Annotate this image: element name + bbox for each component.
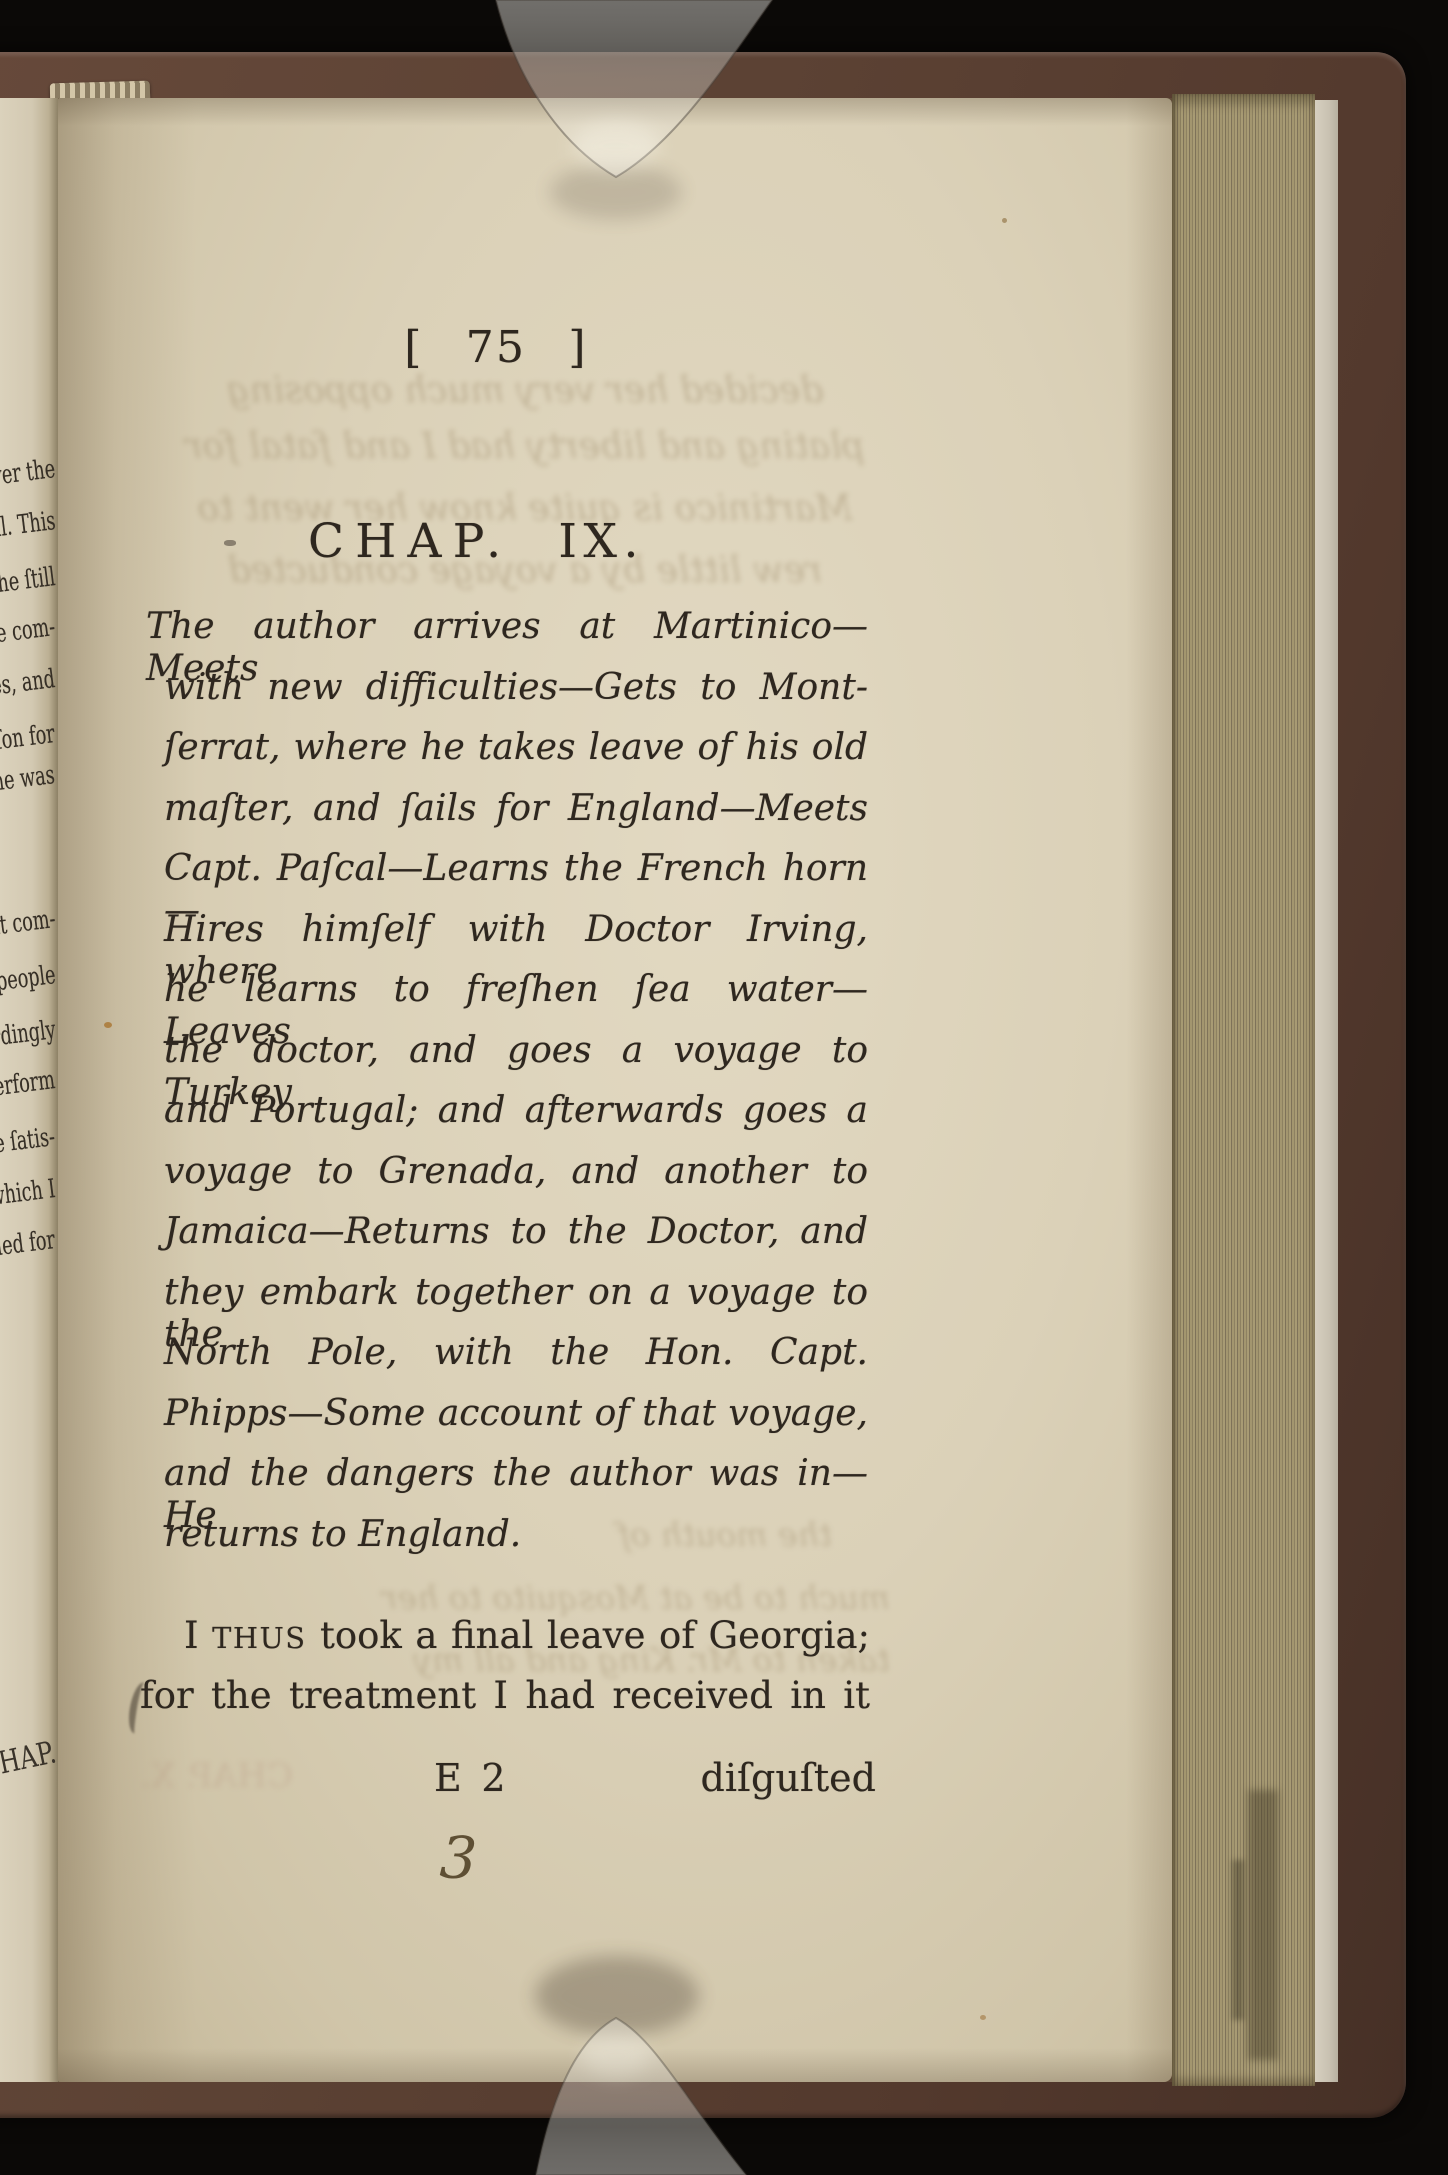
paper-fleck [104, 1022, 112, 1028]
chapter-heading-number: IX. [558, 514, 645, 569]
facing-page-fragment: d perform [0, 1065, 57, 1106]
catchword: diſguſted [701, 1756, 877, 1801]
signature-mark: E 2 [434, 1756, 509, 1801]
show-through-line: plating and liberty had I and fatal for [160, 426, 890, 467]
show-through-chap: CHAP. X. [140, 1756, 293, 1796]
facing-page-fragment: great com- [0, 904, 57, 946]
paper-fleck [980, 2015, 986, 2020]
argument-line-14: Phipps—Some account of that voyage, [164, 1393, 868, 1435]
page-shading [58, 2048, 1172, 2082]
facing-page-fragment: over the [0, 454, 57, 493]
page-shading [58, 98, 1172, 126]
facing-page-fragment: lack people [0, 960, 57, 1002]
argument-line-9: and Portugal; and afterwards goes a [164, 1090, 868, 1132]
argument-line-3: ſerrat, where he takes leave of his old [164, 727, 868, 769]
argument-line-4: maſter, and ſails for England—Meets [164, 788, 868, 830]
body-line-2: for the treatment I had received in it [140, 1674, 870, 1718]
facing-page-catchword: CHAP. [0, 1734, 60, 1785]
facing-page-fragment: o the ſatis- [0, 1122, 57, 1163]
facing-page-fragment: er which I [0, 1174, 57, 1215]
show-through-line: much to be at Mosquito to her [560, 1578, 890, 1617]
paper-fleck [224, 540, 236, 546]
facing-page-edge: over theul. This; ſhe ſtillfore com-eati… [0, 98, 60, 2082]
show-through-line: decided her very much opposing [160, 370, 890, 411]
page-number: [ 75 ] [398, 322, 594, 374]
body-line-1: I Thus took a final leave of Georgia; [184, 1614, 870, 1658]
photographed-book-page: over theul. This; ſhe ſtillfore com-eati… [0, 0, 1448, 2175]
facing-page-fragment: eaties, and [0, 664, 57, 706]
argument-line-11: Jamaica—Returns to the Doctor, and [164, 1211, 868, 1253]
facing-page-fragment: As ſhe was [0, 760, 57, 802]
paper-fleck [1002, 218, 1007, 223]
endpaper-edge [1315, 100, 1338, 2082]
facing-page-fragment: ul. This [0, 506, 57, 544]
chapter-heading: CHAP. IX. [308, 514, 645, 569]
signature-line: E 2 diſguſted [434, 1756, 876, 1801]
small-caps-word: Thus [212, 1621, 306, 1655]
argument-line-10: voyage to Grenada, and another to [164, 1151, 868, 1193]
fore-edge-smudge [1232, 1860, 1244, 2020]
facing-page-fragment: parſon for [0, 719, 57, 760]
facing-page-fragment: ordingly [0, 1015, 57, 1054]
facing-page-fragment: ſailed for [0, 1225, 57, 1265]
facing-page-fragment: ; ſhe ſtill [0, 562, 57, 601]
fore-edge-text-block [1172, 94, 1315, 2086]
handwritten-number: 3 [438, 1823, 478, 1893]
fore-edge-smudge [1248, 1790, 1278, 2060]
argument-line-2: with new difficulties—Gets to Mont- [164, 667, 868, 709]
argument-line-13: North Pole, with the Hon. Capt. [164, 1332, 868, 1374]
facing-page-fragment: fore com- [0, 612, 57, 652]
argument-line-16: returns to England. [164, 1514, 868, 1556]
page-shading [1126, 98, 1172, 2082]
chapter-heading-chap: CHAP. [308, 514, 512, 569]
